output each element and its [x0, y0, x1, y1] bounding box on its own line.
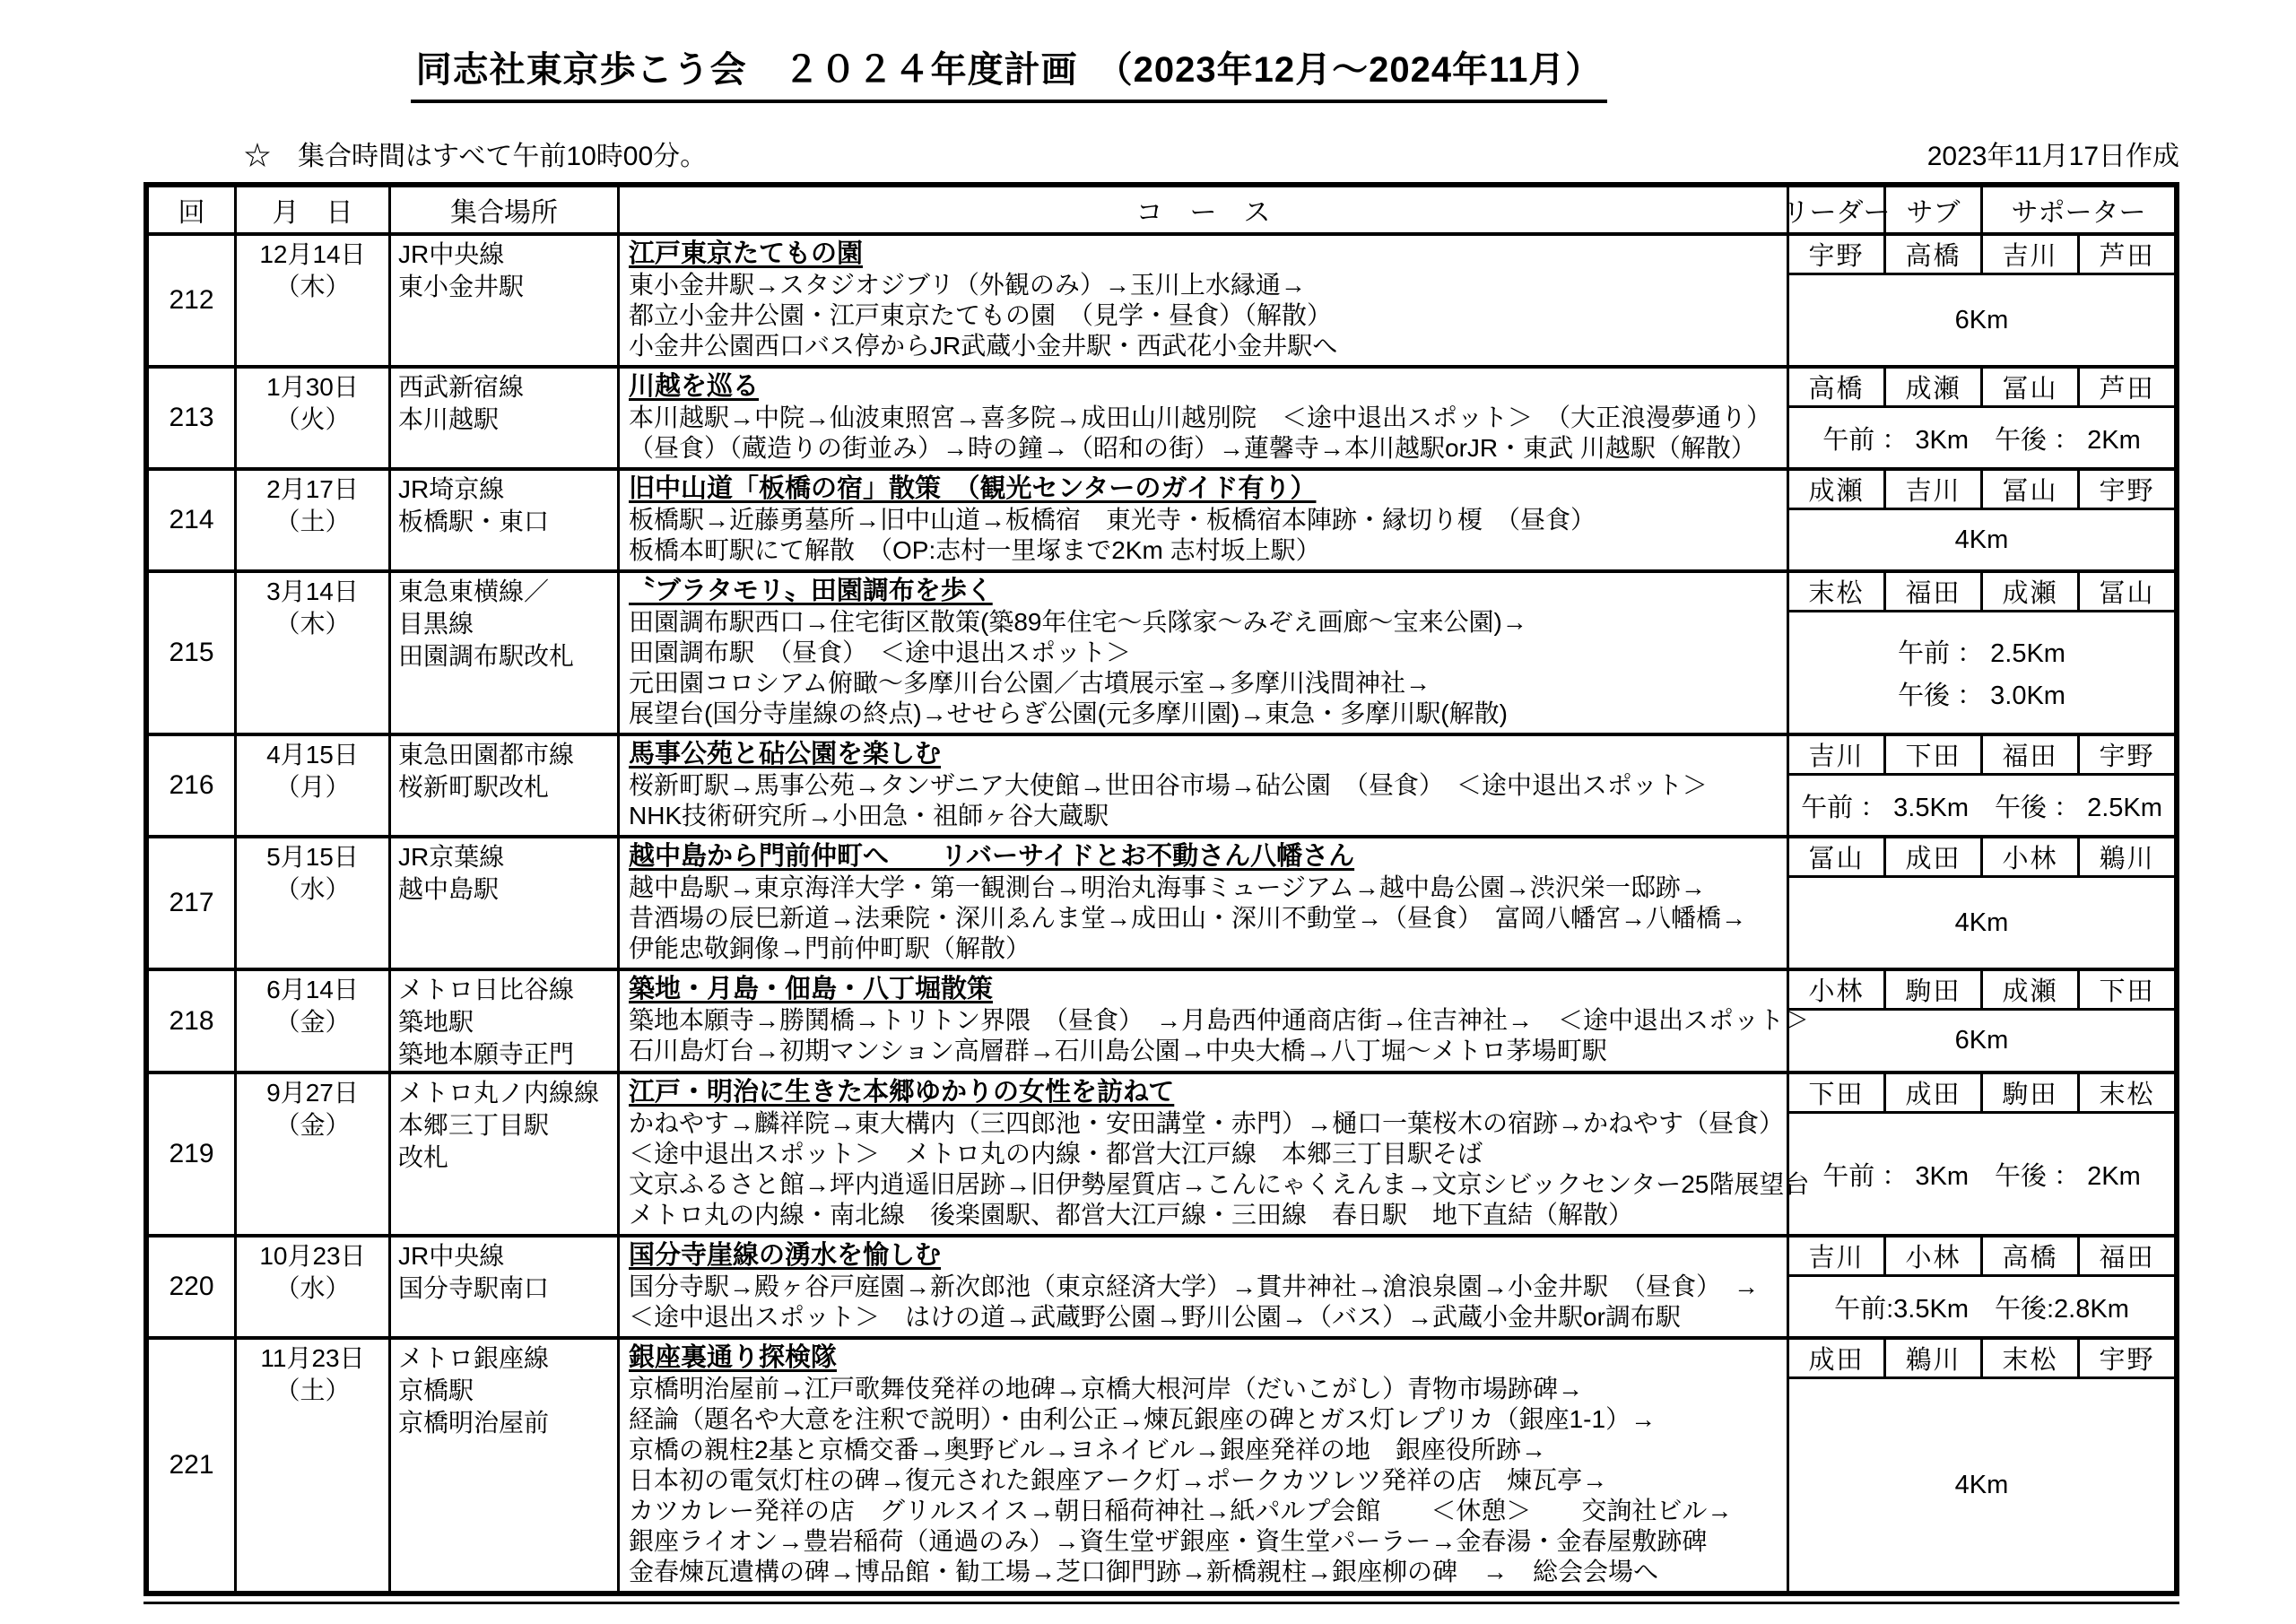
distance-line: 4Km: [1955, 525, 2009, 555]
course-cell: 江戸・明治に生きた本郷ゆかりの女性を訪ねて かねやす→麟祥院→東大構内（三四郎池…: [617, 1074, 1787, 1234]
walk-number: 214: [149, 471, 234, 569]
course-title: 江戸・明治に生きた本郷ゆかりの女性を訪ねて: [629, 1076, 1781, 1108]
course-cell: 川越を巡る 本川越駅→中院→仙波東照宮→喜多院→成田山川越別院 ＜途中退出スポッ…: [617, 369, 1787, 467]
leader-name: 高橋: [1789, 369, 1883, 405]
course-line: 石川島灯台→初期マンション高層群→石川島公園→中央大橋→八丁堀～メトロ茅場町駅: [629, 1036, 1781, 1066]
leader-name: 末松: [1789, 573, 1883, 610]
date-line: （土）: [237, 506, 388, 538]
table-header-row: 回 月 日 集合場所 コ ー ス リーダー サブ サポーター: [149, 187, 2174, 236]
staff-names-row: 小林 駒田 成瀬 下田: [1789, 971, 2174, 1011]
walk-date: 6月14日（金）: [234, 971, 388, 1071]
distance: 午前 ： 2.5Km午後 ： 3.0Km: [1789, 612, 2174, 733]
staff-cell: 吉川 下田 福田 宇野 午前 ： 3.5Km 午後 ： 2.5Km: [1787, 736, 2174, 835]
distance: 6Km: [1789, 275, 2174, 365]
staff-cell: 末松 福田 成瀬 冨山 午前 ： 2.5Km午後 ： 3.0Km: [1787, 573, 2174, 733]
leader-name: 下田: [1789, 1074, 1883, 1111]
date-line: 9月27日: [237, 1077, 388, 1109]
supporter1-name: 成瀬: [1980, 573, 2077, 610]
supporter2-name: 宇野: [2077, 1340, 2174, 1376]
page-title: 同志社東京歩こう会 ２０２４年度計画 （2023年12月～2024年11月）: [411, 41, 1608, 103]
place-line: 京橋駅: [398, 1375, 612, 1407]
place-line: メトロ日比谷線: [398, 974, 612, 1006]
date-line: （木）: [237, 608, 388, 640]
staff-cell: 宇野 高橋 吉川 芦田 6Km: [1787, 236, 2174, 365]
sub-name: 成田: [1883, 838, 1980, 875]
course-line: 小金井公園西口バス停からJR武蔵小金井駅・西武花小金井駅へ: [629, 331, 1781, 361]
leader-name: 吉川: [1789, 1238, 1883, 1274]
place-line: 桜新町駅改札: [398, 771, 612, 803]
supporter2-name: 下田: [2077, 971, 2174, 1008]
staff-names-row: 成瀬 吉川 冨山 宇野: [1789, 471, 2174, 510]
date-line: 6月14日: [237, 974, 388, 1006]
course-line: NHK技術研究所→小田急・祖師ヶ谷大蔵駅: [629, 801, 1781, 831]
course-line: かねやす→麟祥院→東大構内（三四郎池・安田講堂・赤門）→樋口一葉桜木の宿跡→かね…: [629, 1108, 1781, 1139]
staff-names-row: 吉川 小林 高橋 福田: [1789, 1238, 2174, 1277]
supporter2-name: 鵜川: [2077, 838, 2174, 875]
meeting-time-note: ☆ 集合時間はすべて午前10時00分。: [244, 134, 707, 173]
walk-date: 10月23日（水）: [234, 1238, 388, 1336]
course-line: ＜途中退出スポット＞ はけの道→武蔵野公園→野川公園→（バス）→武蔵小金井駅or…: [629, 1302, 1781, 1333]
place-line: メトロ銀座線: [398, 1342, 612, 1375]
leader-name: 吉川: [1789, 736, 1883, 773]
course-line: （昼食）（蔵造りの街並み）→時の鐘→（昭和の街）→蓮馨寺→本川越駅orJR・東武…: [629, 433, 1781, 464]
place-line: 改札: [398, 1142, 612, 1174]
supporter1-name: 末松: [1980, 1340, 2077, 1376]
document-page: 同志社東京歩こう会 ２０２４年度計画 （2023年12月～2024年11月） ☆…: [0, 0, 2296, 1624]
course-cell: 馬事公苑と砧公園を楽しむ 桜新町駅→馬事公苑→タンザニア大使館→世田谷市場→砧公…: [617, 736, 1787, 835]
walk-number: 219: [149, 1074, 234, 1234]
date-line: 3月14日: [237, 576, 388, 608]
walk-date: 1月30日（火）: [234, 369, 388, 467]
place-line: 目黒線: [398, 608, 612, 640]
header-meeting-place: 集合場所: [388, 187, 617, 232]
distance-line: 午前 ： 3Km 午後 ： 2Km: [1822, 420, 2141, 456]
meeting-place: 西武新宿線本川越駅: [388, 369, 617, 467]
distance-line: 4Km: [1955, 908, 2009, 938]
walk-number: 218: [149, 971, 234, 1071]
course-title: 築地・月島・佃島・八丁堀散策: [629, 973, 1781, 1005]
distance-line: 午前 ： 3.5Km 午後 ： 2.5Km: [1801, 787, 2162, 824]
distance: 午前 ： 3.5Km 午後 ： 2.5Km: [1789, 776, 2174, 835]
place-line: 築地本願寺正門: [398, 1038, 612, 1071]
leader-name: 小林: [1789, 971, 1883, 1008]
sub-name: 小林: [1883, 1238, 1980, 1274]
distance-line: 6Km: [1955, 306, 2009, 335]
date-line: 10月23日: [237, 1240, 388, 1272]
distance-line: 4Km: [1955, 1471, 2009, 1500]
course-line: 展望台(国分寺崖線の終点)→せせらぎ公園(元多摩川園)→東急・多摩川駅(解散): [629, 699, 1781, 729]
meeting-place: メトロ銀座線京橋駅京橋明治屋前: [388, 1340, 617, 1591]
course-line: 京橋明治屋前→江戸歌舞伎発祥の地碑→京橋大根河岸（だいこがし）青物市場跡碑→: [629, 1374, 1781, 1404]
meta-row: ☆ 集合時間はすべて午前10時00分。 2023年11月17日作成: [143, 134, 2179, 173]
date-line: 2月17日: [237, 473, 388, 506]
place-line: 築地駅: [398, 1006, 612, 1038]
course-line: ＜途中退出スポット＞ メトロ丸の内線・都営大江戸線 本郷三丁目駅そば: [629, 1139, 1781, 1169]
header-sub: サブ: [1883, 187, 1980, 232]
course-title: 江戸東京たてもの園: [629, 238, 1781, 270]
staff-cell: 吉川 小林 高橋 福田 午前:3.5Km 午後:2.8Km: [1787, 1238, 2174, 1336]
table-row: 220 10月23日（水） JR中央線国分寺駅南口 国分寺崖線の湧水を愉しむ 国…: [149, 1234, 2174, 1336]
staff-names-row: 下田 成田 駒田 末松: [1789, 1074, 2174, 1114]
course-line: 経論（題名や大意を注釈で説明）・由利公正→煉瓦銀座の碑とガス灯レプリカ（銀座1-…: [629, 1404, 1781, 1435]
date-line: 11月23日: [237, 1342, 388, 1375]
course-line: 日本初の電気灯柱の碑→復元された銀座アーク灯→ポークカツレツ発祥の店 煉瓦亭→: [629, 1465, 1781, 1496]
walk-date: 5月15日（水）: [234, 838, 388, 968]
walk-number: 216: [149, 736, 234, 835]
course-title: 銀座裏通り探検隊: [629, 1342, 1781, 1374]
walk-date: 2月17日（土）: [234, 471, 388, 569]
distance: 午前 ： 3Km 午後 ： 2Km: [1789, 408, 2174, 467]
course-line: 本川越駅→中院→仙波東照宮→喜多院→成田山川越別院 ＜途中退出スポット＞ （大正…: [629, 403, 1781, 433]
course-title: 旧中山道「板橋の宿」散策 （観光センターのガイド有り）: [629, 473, 1781, 505]
course-title: 国分寺崖線の湧水を愉しむ: [629, 1239, 1781, 1272]
meeting-place: JR中央線東小金井駅: [388, 236, 617, 365]
supporter1-name: 冨山: [1980, 471, 2077, 508]
staff-cell: 成瀬 吉川 冨山 宇野 4Km: [1787, 471, 2174, 569]
supporter1-name: 冨山: [1980, 369, 2077, 405]
date-line: 1月30日: [237, 371, 388, 404]
distance: 6Km: [1789, 1011, 2174, 1071]
date-line: （水）: [237, 1272, 388, 1305]
course-line: 伊能忠敬銅像→門前仲町駅（解散）: [629, 934, 1781, 964]
walk-date: 4月15日（月）: [234, 736, 388, 835]
place-line: 本郷三丁目駅: [398, 1109, 612, 1142]
place-line: メトロ丸ノ内線線: [398, 1077, 612, 1109]
table-bottom-rule: [143, 1602, 2179, 1604]
meeting-place: メトロ日比谷線築地駅築地本願寺正門: [388, 971, 617, 1071]
course-line: 元田園コロシアム俯瞰～多摩川台公園／古墳展示室→多摩川浅間神社→: [629, 668, 1781, 699]
course-title: 川越を巡る: [629, 370, 1781, 403]
course-line: 板橋駅→近藤勇墓所→旧中山道→板橋宿 東光寺・板橋宿本陣跡・縁切り榎 （昼食）: [629, 505, 1781, 535]
walk-date: 9月27日（金）: [234, 1074, 388, 1234]
place-line: 本川越駅: [398, 404, 612, 436]
staff-names-row: 高橋 成瀬 冨山 芦田: [1789, 369, 2174, 408]
header-date: 月 日: [234, 187, 388, 232]
created-date: 2023年11月17日作成: [1927, 134, 2179, 173]
place-line: 東小金井駅: [398, 271, 612, 303]
leader-name: 成瀬: [1789, 471, 1883, 508]
staff-names-row: 宇野 高橋 吉川 芦田: [1789, 236, 2174, 275]
distance-line: 午後 ： 3.0Km: [1898, 675, 2066, 712]
title-wrap: 同志社東京歩こう会 ２０２４年度計画 （2023年12月～2024年11月）: [0, 0, 2027, 103]
course-cell: 旧中山道「板橋の宿」散策 （観光センターのガイド有り） 板橋駅→近藤勇墓所→旧中…: [617, 471, 1787, 569]
sub-name: 下田: [1883, 736, 1980, 773]
place-line: 東急東横線／: [398, 576, 612, 608]
date-line: （金）: [237, 1109, 388, 1142]
date-line: （月）: [237, 771, 388, 803]
date-line: 5月15日: [237, 841, 388, 873]
supporter2-name: 福田: [2077, 1238, 2174, 1274]
supporter1-name: 高橋: [1980, 1238, 2077, 1274]
staff-cell: 高橋 成瀬 冨山 芦田 午前 ： 3Km 午後 ： 2Km: [1787, 369, 2174, 467]
staff-names-row: 冨山 成田 小林 鵜川: [1789, 838, 2174, 878]
supporter1-name: 駒田: [1980, 1074, 2077, 1111]
place-line: 西武新宿線: [398, 371, 612, 404]
table-row: 221 11月23日（土） メトロ銀座線京橋駅京橋明治屋前 銀座裏通り探検隊 京…: [149, 1336, 2174, 1591]
supporter1-name: 福田: [1980, 736, 2077, 773]
staff-cell: 成田 鵜川 末松 宇野 4Km: [1787, 1340, 2174, 1591]
walk-date: 11月23日（土）: [234, 1340, 388, 1591]
place-line: 国分寺駅南口: [398, 1272, 612, 1305]
supporter1-name: 成瀬: [1980, 971, 2077, 1008]
course-title: 〝ブラタモリ〟田園調布を歩く: [629, 575, 1781, 607]
staff-cell: 下田 成田 駒田 末松 午前 ： 3Km 午後 ： 2Km: [1787, 1074, 2174, 1234]
distance: 4Km: [1789, 878, 2174, 968]
staff-names-row: 末松 福田 成瀬 冨山: [1789, 573, 2174, 612]
table-row: 218 6月14日（金） メトロ日比谷線築地駅築地本願寺正門 築地・月島・佃島・…: [149, 968, 2174, 1071]
distance: 午前 ： 3Km 午後 ： 2Km: [1789, 1114, 2174, 1234]
distance-line: 6Km: [1955, 1026, 2009, 1055]
place-line: 京橋明治屋前: [398, 1407, 612, 1439]
course-line: 田園調布駅 （昼食） ＜途中退出スポット＞: [629, 638, 1781, 668]
walk-number: 221: [149, 1340, 234, 1591]
supporter2-name: 芦田: [2077, 369, 2174, 405]
meeting-place: メトロ丸ノ内線線本郷三丁目駅改札: [388, 1074, 617, 1234]
meeting-place: 東急田園都市線桜新町駅改札: [388, 736, 617, 835]
sub-name: 駒田: [1883, 971, 1980, 1008]
course-cell: 築地・月島・佃島・八丁堀散策 築地本願寺→勝鬨橋→トリトン界隈 （昼食） →月島…: [617, 971, 1787, 1071]
leader-name: 冨山: [1789, 838, 1883, 875]
date-line: （火）: [237, 404, 388, 436]
header-no: 回: [149, 187, 234, 232]
sub-name: 成瀬: [1883, 369, 1980, 405]
place-line: 板橋駅・東口: [398, 506, 612, 538]
place-line: 越中島駅: [398, 873, 612, 906]
supporter1-name: 小林: [1980, 838, 2077, 875]
header-course: コ ー ス: [617, 187, 1787, 232]
table-row: 212 12月14日（木） JR中央線東小金井駅 江戸東京たてもの園 東小金井駅…: [149, 236, 2174, 365]
sub-name: 成田: [1883, 1074, 1980, 1111]
distance-line: 午前:3.5Km 午後:2.8Km: [1834, 1289, 2129, 1325]
distance-line: 午前 ： 2.5Km: [1898, 633, 2066, 670]
sub-name: 高橋: [1883, 236, 1980, 273]
table-row: 217 5月15日（水） JR京葉線越中島駅 越中島から門前仲町へ リバーサイド…: [149, 835, 2174, 968]
distance-line: 午前 ： 3Km 午後 ： 2Km: [1822, 1156, 2141, 1193]
walk-date: 12月14日（木）: [234, 236, 388, 365]
walk-number: 215: [149, 573, 234, 733]
date-line: （金）: [237, 1006, 388, 1038]
supporter2-name: 末松: [2077, 1074, 2174, 1111]
course-line: 銀座ライオン→豊岩稲荷（通過のみ）→資生堂ザ銀座・資生堂パーラー→金春湯・金春屋…: [629, 1526, 1781, 1557]
staff-names-row: 吉川 下田 福田 宇野: [1789, 736, 2174, 776]
course-cell: 銀座裏通り探検隊 京橋明治屋前→江戸歌舞伎発祥の地碑→京橋大根河岸（だいこがし）…: [617, 1340, 1787, 1591]
course-line: 都立小金井公園・江戸東京たてもの園 （見学・昼食）（解散）: [629, 300, 1781, 331]
place-line: JR埼京線: [398, 473, 612, 506]
leader-name: 成田: [1789, 1340, 1883, 1376]
supporter2-name: 宇野: [2077, 736, 2174, 773]
date-line: （土）: [237, 1375, 388, 1407]
walk-number: 220: [149, 1238, 234, 1336]
course-line: 国分寺駅→殿ヶ谷戸庭園→新次郎池（東京経済大学）→貫井神社→滄浪泉園→小金井駅 …: [629, 1272, 1781, 1302]
place-line: 東急田園都市線: [398, 739, 612, 771]
course-line: 金春煉瓦遺構の碑→博品館・勧工場→芝口御門跡→新橋親柱→銀座柳の碑 → 総会会場…: [629, 1557, 1781, 1587]
header-supporter: サポーター: [1980, 187, 2174, 232]
course-line: 京橋の親柱2基と京橋交番→奥野ビル→ヨネイビル→銀座発祥の地 銀座役所跡→: [629, 1435, 1781, 1465]
staff-names-row: 成田 鵜川 末松 宇野: [1789, 1340, 2174, 1379]
sub-name: 吉川: [1883, 471, 1980, 508]
walk-number: 213: [149, 369, 234, 467]
date-line: 4月15日: [237, 739, 388, 771]
date-line: 12月14日: [237, 239, 388, 271]
sub-name: 鵜川: [1883, 1340, 1980, 1376]
place-line: JR中央線: [398, 1240, 612, 1272]
distance: 午前:3.5Km 午後:2.8Km: [1789, 1277, 2174, 1336]
supporter2-name: 冨山: [2077, 573, 2174, 610]
course-line: 田園調布駅西口→住宅街区散策(築89年住宅～兵隊家～みぞえ画廊～宝来公園)→: [629, 607, 1781, 638]
course-line: 文京ふるさと館→坪内逍遥旧居跡→旧伊勢屋質店→こんにゃくえんま→文京シビックセン…: [629, 1169, 1781, 1200]
walk-number: 217: [149, 838, 234, 968]
walk-date: 3月14日（木）: [234, 573, 388, 733]
walk-number: 212: [149, 236, 234, 365]
distance: 4Km: [1789, 1379, 2174, 1591]
course-cell: 国分寺崖線の湧水を愉しむ 国分寺駅→殿ヶ谷戸庭園→新次郎池（東京経済大学）→貫井…: [617, 1238, 1787, 1336]
leader-name: 宇野: [1789, 236, 1883, 273]
date-line: （木）: [237, 271, 388, 303]
course-line: 築地本願寺→勝鬨橋→トリトン界隈 （昼食） →月島西仲通商店街→住吉神社→ ＜途…: [629, 1005, 1781, 1036]
supporter2-name: 宇野: [2077, 471, 2174, 508]
course-line: カツカレー発祥の店 グリルスイス→朝日稲荷神社→紙パルプ会館 ＜休憩＞ 交詢社ビ…: [629, 1496, 1781, 1526]
place-line: 田園調布駅改札: [398, 640, 612, 673]
meeting-place: 東急東横線／目黒線田園調布駅改札: [388, 573, 617, 733]
meeting-place: JR中央線国分寺駅南口: [388, 1238, 617, 1336]
place-line: JR中央線: [398, 239, 612, 271]
course-title: 越中島から門前仲町へ リバーサイドとお不動さん八幡さん: [629, 840, 1781, 873]
meeting-place: JR埼京線板橋駅・東口: [388, 471, 617, 569]
sub-name: 福田: [1883, 573, 1980, 610]
course-cell: 江戸東京たてもの園 東小金井駅→スタジオジブリ（外観のみ）→玉川上水縁通→都立小…: [617, 236, 1787, 365]
staff-cell: 小林 駒田 成瀬 下田 6Km: [1787, 971, 2174, 1071]
course-line: メトロ丸の内線・南北線 後楽園駅、都営大江戸線・三田線 春日駅 地下直結（解散）: [629, 1200, 1781, 1230]
table-row: 213 1月30日（火） 西武新宿線本川越駅 川越を巡る 本川越駅→中院→仙波東…: [149, 365, 2174, 467]
course-cell: 〝ブラタモリ〟田園調布を歩く 田園調布駅西口→住宅街区散策(築89年住宅～兵隊家…: [617, 573, 1787, 733]
supporter1-name: 吉川: [1980, 236, 2077, 273]
table-body: 212 12月14日（木） JR中央線東小金井駅 江戸東京たてもの園 東小金井駅…: [149, 236, 2174, 1591]
meeting-place: JR京葉線越中島駅: [388, 838, 617, 968]
table-row: 216 4月15日（月） 東急田園都市線桜新町駅改札 馬事公苑と砧公園を楽しむ …: [149, 733, 2174, 835]
course-line: 桜新町駅→馬事公苑→タンザニア大使館→世田谷市場→砧公園 （昼食） ＜途中退出ス…: [629, 770, 1781, 801]
staff-cell: 冨山 成田 小林 鵜川 4Km: [1787, 838, 2174, 968]
schedule-table: 回 月 日 集合場所 コ ー ス リーダー サブ サポーター 212 12月14…: [143, 182, 2179, 1596]
table-row: 219 9月27日（金） メトロ丸ノ内線線本郷三丁目駅改札 江戸・明治に生きた本…: [149, 1071, 2174, 1234]
date-line: （水）: [237, 873, 388, 906]
course-title: 馬事公苑と砧公園を楽しむ: [629, 738, 1781, 770]
table-row: 215 3月14日（木） 東急東横線／目黒線田園調布駅改札 〝ブラタモリ〟田園調…: [149, 569, 2174, 733]
course-line: 越中島駅→東京海洋大学・第一観測台→明治丸海事ミュージアム→越中島公園→渋沢栄一…: [629, 873, 1781, 903]
header-leader: リーダー: [1787, 187, 1883, 232]
table-row: 214 2月17日（土） JR埼京線板橋駅・東口 旧中山道「板橋の宿」散策 （観…: [149, 467, 2174, 569]
supporter2-name: 芦田: [2077, 236, 2174, 273]
course-line: 板橋本町駅にて解散 （OP:志村一里塚まで2Km 志村坂上駅）: [629, 535, 1781, 566]
distance: 4Km: [1789, 510, 2174, 569]
place-line: JR京葉線: [398, 841, 612, 873]
course-line: 昔酒場の辰巳新道→法乗院・深川ゑんま堂→成田山・深川不動堂→（昼食） 富岡八幡宮…: [629, 903, 1781, 934]
course-cell: 越中島から門前仲町へ リバーサイドとお不動さん八幡さん 越中島駅→東京海洋大学・…: [617, 838, 1787, 968]
course-line: 東小金井駅→スタジオジブリ（外観のみ）→玉川上水縁通→: [629, 270, 1781, 300]
